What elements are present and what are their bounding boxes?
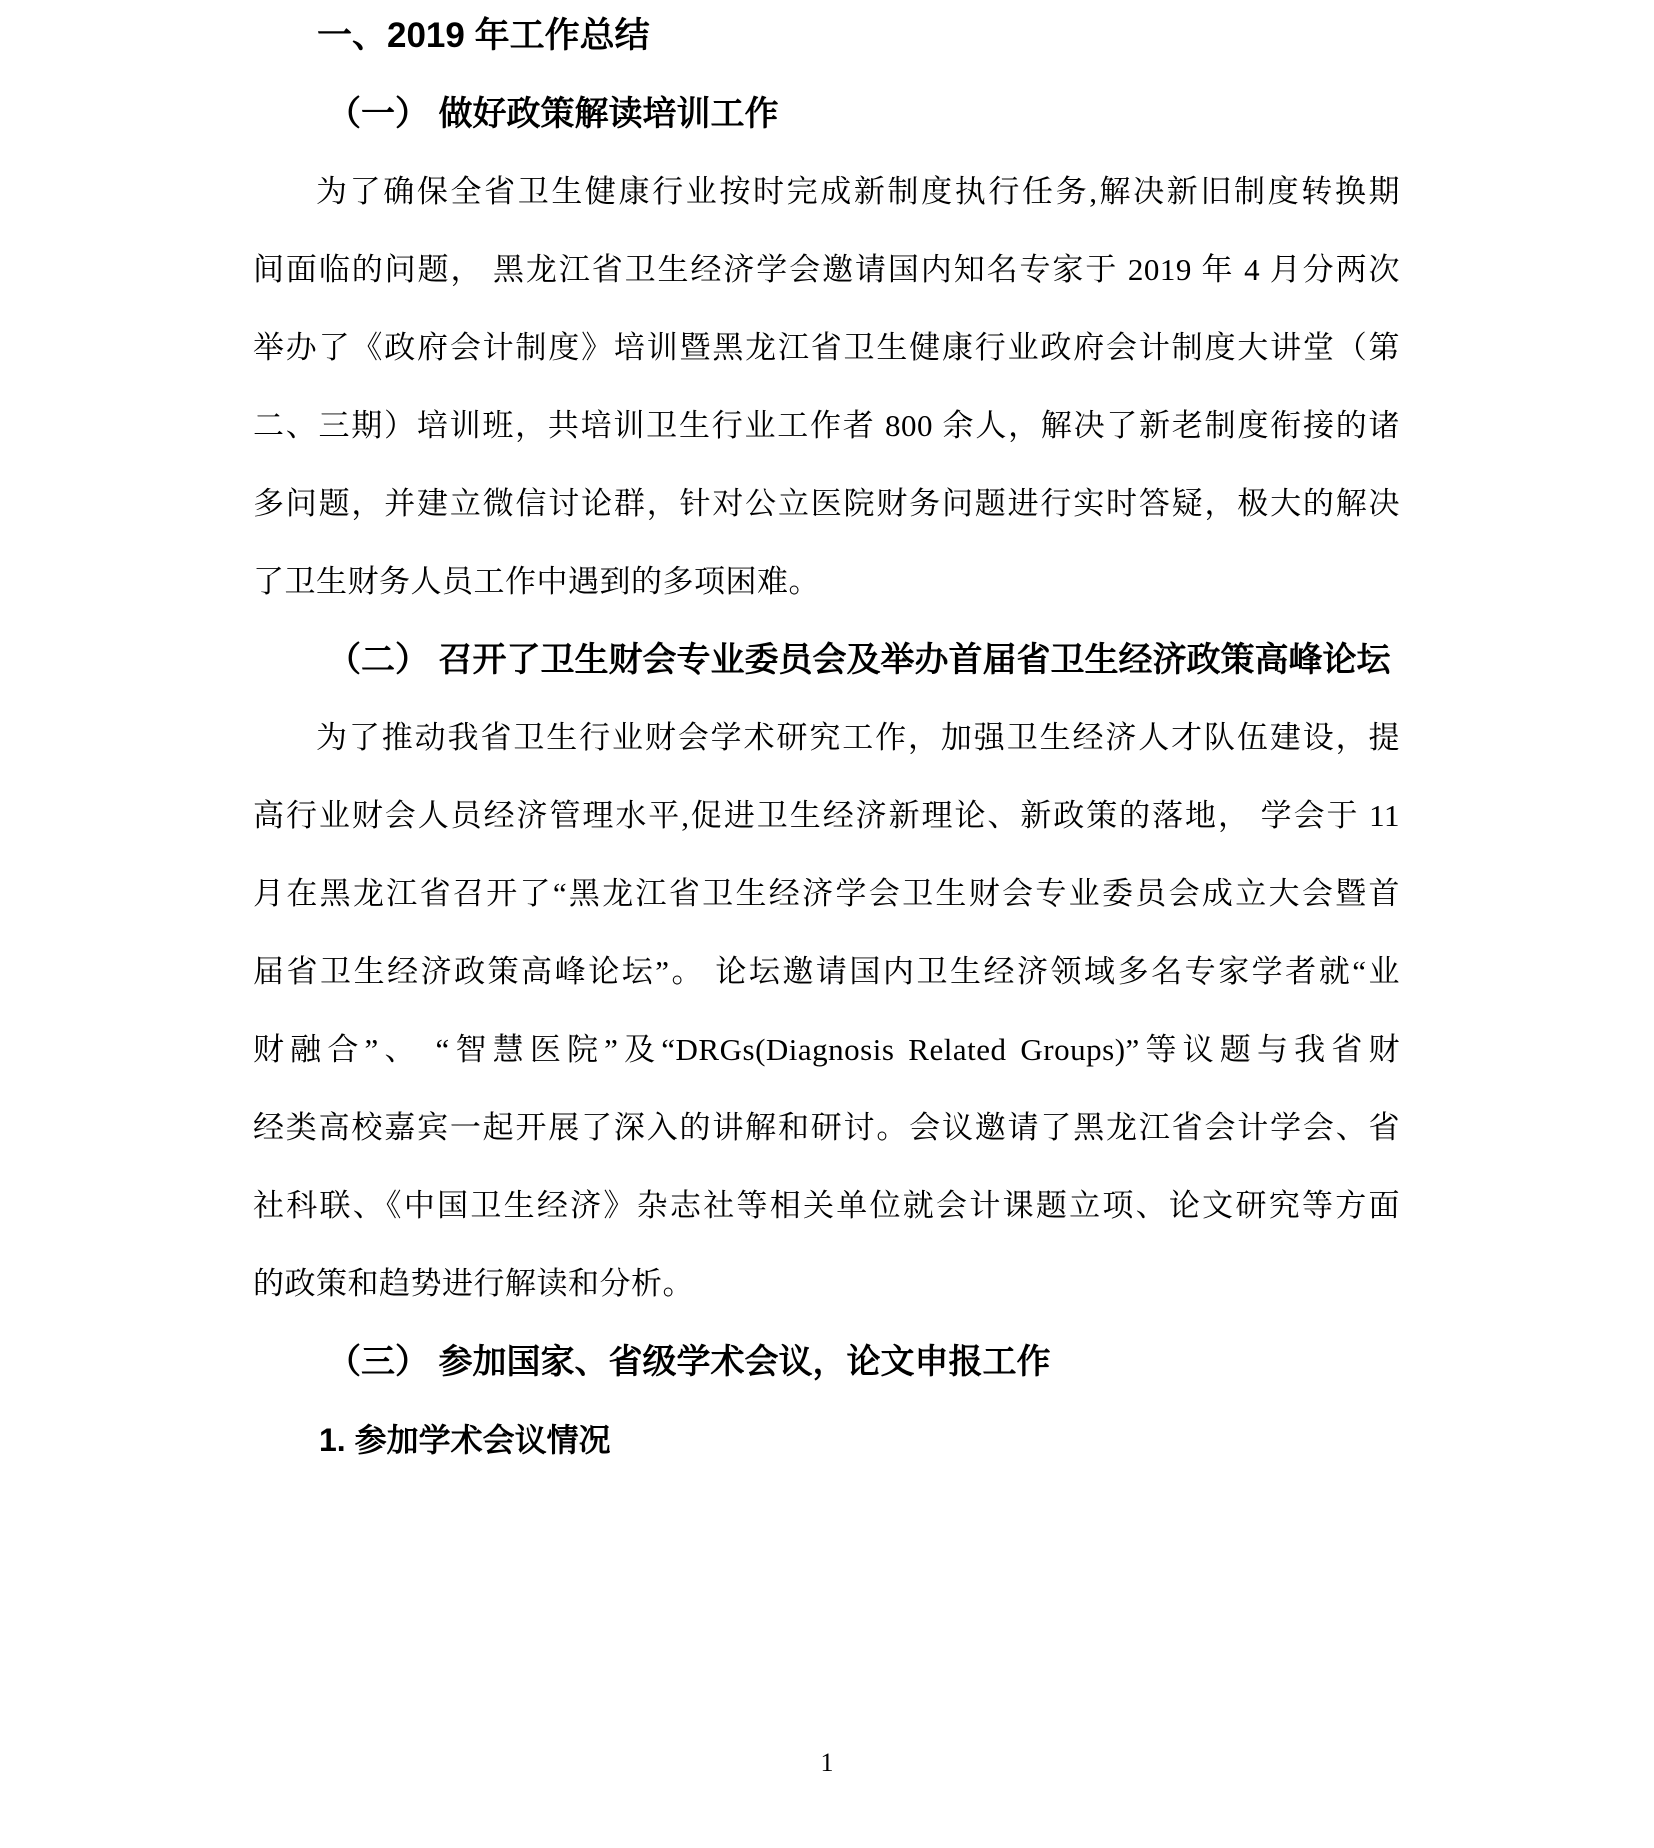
heading-section-1: （一） 做好政策解读培训工作 xyxy=(253,75,1400,153)
paragraph-2-line-5: 财融合”、 “智慧医院”及“DRGs(Diagnosis Related Gro… xyxy=(253,1011,1400,1089)
paragraph-2-line-6: 经类高校嘉宾一起开展了深入的讲解和研讨。会议邀请了黑龙江省会计学会、省 xyxy=(253,1089,1400,1167)
paragraph-1-line-1: 为了确保全省卫生健康行业按时完成新制度执行任务,解决新旧制度转换期 xyxy=(253,153,1400,231)
paragraph-2-line-2: 高行业财会人员经济管理水平,促进卫生经济新理论、新政策的落地， 学会于 11 xyxy=(253,777,1400,855)
document-page: 一、2019 年工作总结 （一） 做好政策解读培训工作 为了确保全省卫生健康行业… xyxy=(0,0,1654,1848)
paragraph-1-line-6: 了卫生财务人员工作中遇到的多项困难。 xyxy=(253,543,1400,621)
paragraph-1-line-2: 间面临的问题， 黑龙江省卫生经济学会邀请国内知名专家于 2019 年 4 月分两… xyxy=(253,231,1400,309)
heading-section-3: （三） 参加国家、省级学术会议，论文申报工作 xyxy=(253,1323,1400,1401)
text-block: 一、2019 年工作总结 （一） 做好政策解读培训工作 为了确保全省卫生健康行业… xyxy=(253,0,1400,1479)
paragraph-1-line-5: 多问题，并建立微信讨论群，针对公立医院财务问题进行实时答疑，极大的解决 xyxy=(253,465,1400,543)
paragraph-2-line-4: 届省卫生经济政策高峰论坛”。 论坛邀请国内卫生经济领域多名专家学者就“业 xyxy=(253,933,1400,1011)
heading-2019-work-summary: 一、2019 年工作总结 xyxy=(253,0,1400,75)
paragraph-2-line-3: 月在黑龙江省召开了“黑龙江省卫生经济学会卫生财会专业委员会成立大会暨首 xyxy=(253,855,1400,933)
paragraph-1-line-3: 举办了《政府会计制度》培训暨黑龙江省卫生健康行业政府会计制度大讲堂（第 xyxy=(253,309,1400,387)
heading-subsection-1: 1. 参加学术会议情况 xyxy=(253,1401,1400,1479)
paragraph-1-line-4: 二、三期）培训班，共培训卫生行业工作者 800 余人，解决了新老制度衔接的诸 xyxy=(253,387,1400,465)
paragraph-2-line-8: 的政策和趋势进行解读和分析。 xyxy=(253,1245,1400,1323)
paragraph-2-line-7: 社科联、《中国卫生经济》杂志社等相关单位就会计课题立项、论文研究等方面 xyxy=(253,1167,1400,1245)
heading-section-2: （二） 召开了卫生财会专业委员会及举办首届省卫生经济政策高峰论坛 xyxy=(253,621,1400,699)
page-number: 1 xyxy=(821,1748,834,1777)
paragraph-2-line-1: 为了推动我省卫生行业财会学术研究工作，加强卫生经济人才队伍建设，提 xyxy=(253,699,1400,777)
page-footer: 1 xyxy=(0,1724,1654,1802)
